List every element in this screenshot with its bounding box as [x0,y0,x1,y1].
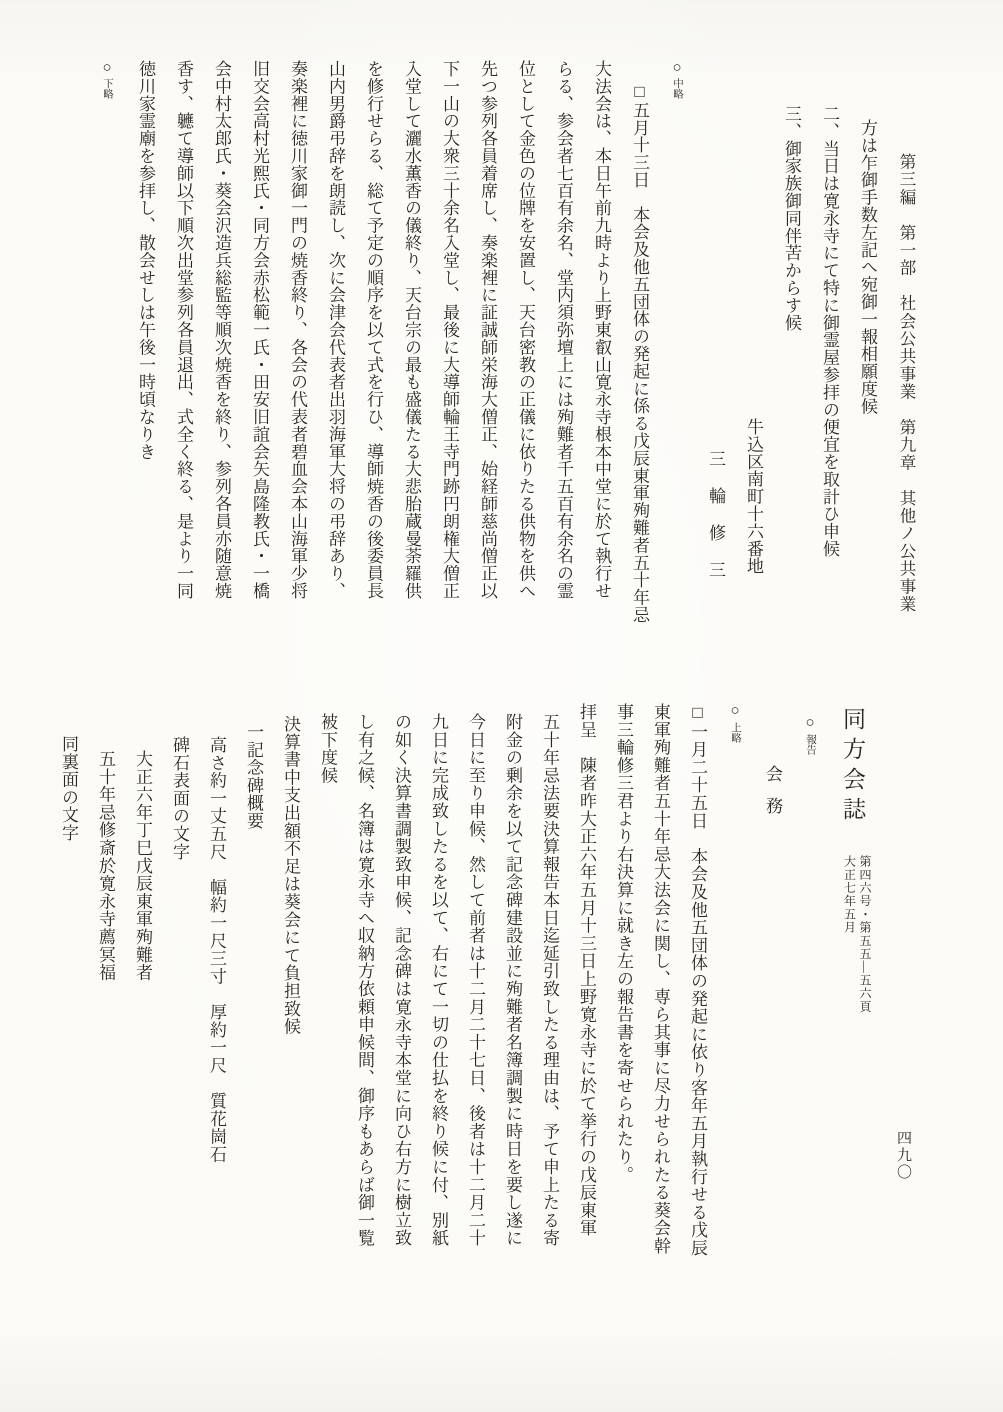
body-line: 徳川家霊廟を参拝し、散会せしは午後一時頃なりき [126,60,164,626]
circle-marker-icon: ○ [99,60,115,76]
ellipsis-note-label: 上略 [730,722,741,743]
date-entry-heading: □五月十三日 本会及他五団体の発起に係る戊辰東軍殉難者五十年忌 [620,60,658,648]
scanned-book-page: 第三編 第一部 社会公共事業 第九章 其他ノ公共事業 四九〇 方は乍御手数左記へ… [0,0,1003,1412]
report-label: 報告 [805,734,816,755]
upper-text-block: 方は乍御手数左記へ宛御一報相願度候 二、当日は寛永寺にて特に御霊屋参拝の便宜を取… [84,60,886,626]
lower-text-block: 同方会誌 ○報告 会務 ○上略 □一月二十五日 本会及他五団体の発起に依り客年五… [53,703,875,1303]
running-head: 第三編 第一部 社会公共事業 第九章 其他ノ公共事業 [894,153,918,653]
body-line: 事三輪修三君より右決算に就き左の報告書を寄せられたり。 [605,703,642,1303]
body-line: 先つ参列各員着席し、奏楽裡に証誠師栄海大僧正、始経師慈尚僧正以 [468,60,506,626]
letter-body-line: 今日に至り申候、然して前者は十二月二十七日、後者は十二月二十 [457,703,494,1313]
body-line: 下一山の大衆三十余名入堂し、最後に大導師輪王寺門跡円朗権大僧正 [430,60,468,626]
journal-citation: 第四六号・第五五―五六頁 大正七年五月 [841,855,872,1055]
citation-issue: 第四六号・第五五―五六頁 [857,855,873,1055]
monument-front-label: 碑石表面の文字 [161,703,198,1336]
body-line: 山内男爵弔辞を朗読し、次に会津会代表者出羽海軍大将の弔辞あり、 [316,60,354,626]
letter-body-line: 被下度候 [309,703,346,1313]
ellipsis-note-label: 中略 [672,78,683,99]
ellipsis-note-above: ○上略 [716,703,754,1303]
continuation-line: 方は乍御手数左記へ宛御一報相願度候 [848,60,886,685]
body-line: 香す、軈て導師以下順次出堂参列各員退出、式全く終る、是より一同 [164,60,202,626]
letter-body-line: の如く決算書調製致申候、記念碑は寛永寺本堂に向ひ右方に樹立致 [383,703,420,1313]
body-line: 奏楽裡に徳川家御一門の焼香終り、各会の代表者碧血会本山海軍少将 [278,60,316,626]
body-line: 旧交会高村光熙氏・同方会赤松範一氏・田安旧誼会矢島隆教氏・一橋 [240,60,278,626]
expense-note-line: 決算書中支出額不足は葵会にて負担致候 [272,703,309,1315]
body-line: を修行せらる、総て予定の順序を以て式を行ひ、導師焼香の後委員長 [354,60,392,626]
monument-summary-heading: 一記念碑概要 [235,703,272,1323]
letter-body-line: し有之候、名簿は寛永寺へ収納方依頼申候間、御序もあらば御一覧 [346,703,383,1313]
letter-opening-line: 拝呈 陳者昨大正六年五月十三日上野寛永寺に於て挙行の戊辰東軍 [568,703,605,1303]
letter-body-line: 附金の剰余を以て記念碑建設並に殉難者名簿調製に時日を要し遂に [494,703,531,1313]
circle-marker-icon: ○ [802,715,818,732]
body-line: 位として金色の位牌を安置し、天台密教の正儀に依りたる供物を供へ [506,60,544,626]
monument-inscription-line: 五十年忌修斎於寛永寺薦冥福 [87,703,124,1350]
report-section-mark: ○報告 [791,703,829,1315]
body-line: 東軍殉難者五十年忌大法会に関し、専ら其事に尽力せられたる葵会幹 [642,703,679,1303]
letter-body-line: 五十年忌法要決算報告本日迄延引致したる理由は、予て申上たる寄 [531,703,568,1313]
circle-marker-icon: ○ [669,60,685,76]
section-heading-kaimu: 会務 [754,703,791,1365]
monument-spec-line: 高さ約一丈五尺 幅約一尺三寸 厚約一尺 質花崗石 [198,703,235,1336]
date-entry-heading: □一月二十五日 本会及他五団体の発起に依り客年五月執行せる戊辰 [679,703,716,1303]
body-line: 会中村太郎氏・葵会沢造兵総監等順次焼香を終り、参列各員亦随意焼 [202,60,240,626]
monument-back-label: 同裏面の文字 [50,703,87,1335]
list-item-3: 三、御家族御同伴苦からす候 [772,60,810,671]
body-line: 大法会は、本日午前九時より上野東叡山寛永寺根本中堂に於て執行せ [582,60,620,626]
body-line: 入堂して灑水薫香の儀終り、天台宗の最も盛儀たる大悲胎蔵曼荼羅供 [392,60,430,626]
list-item-2: 二、当日は寛永寺にて特に御霊屋参拝の便宜を取計ひ申候 [810,60,848,671]
letter-body-line: 九日に完成致したるを以て、右にて一切の仕払を終り候に付、別紙 [420,703,457,1313]
circle-marker-icon: ○ [727,703,743,720]
ellipsis-note-below: ○下略 [88,60,126,626]
ellipsis-note-middle: ○中略 [658,60,696,626]
ellipsis-note-label: 下略 [102,78,113,99]
page-number: 四九〇 [893,1130,914,1220]
body-line: らる、参会者七百有余名、堂内須弥壇上には殉難者千五百有余名の霊 [544,60,582,626]
citation-date: 大正七年五月 [841,855,857,1055]
monument-inscription-line: 大正六年丁巳戊辰東軍殉難者 [124,703,161,1350]
